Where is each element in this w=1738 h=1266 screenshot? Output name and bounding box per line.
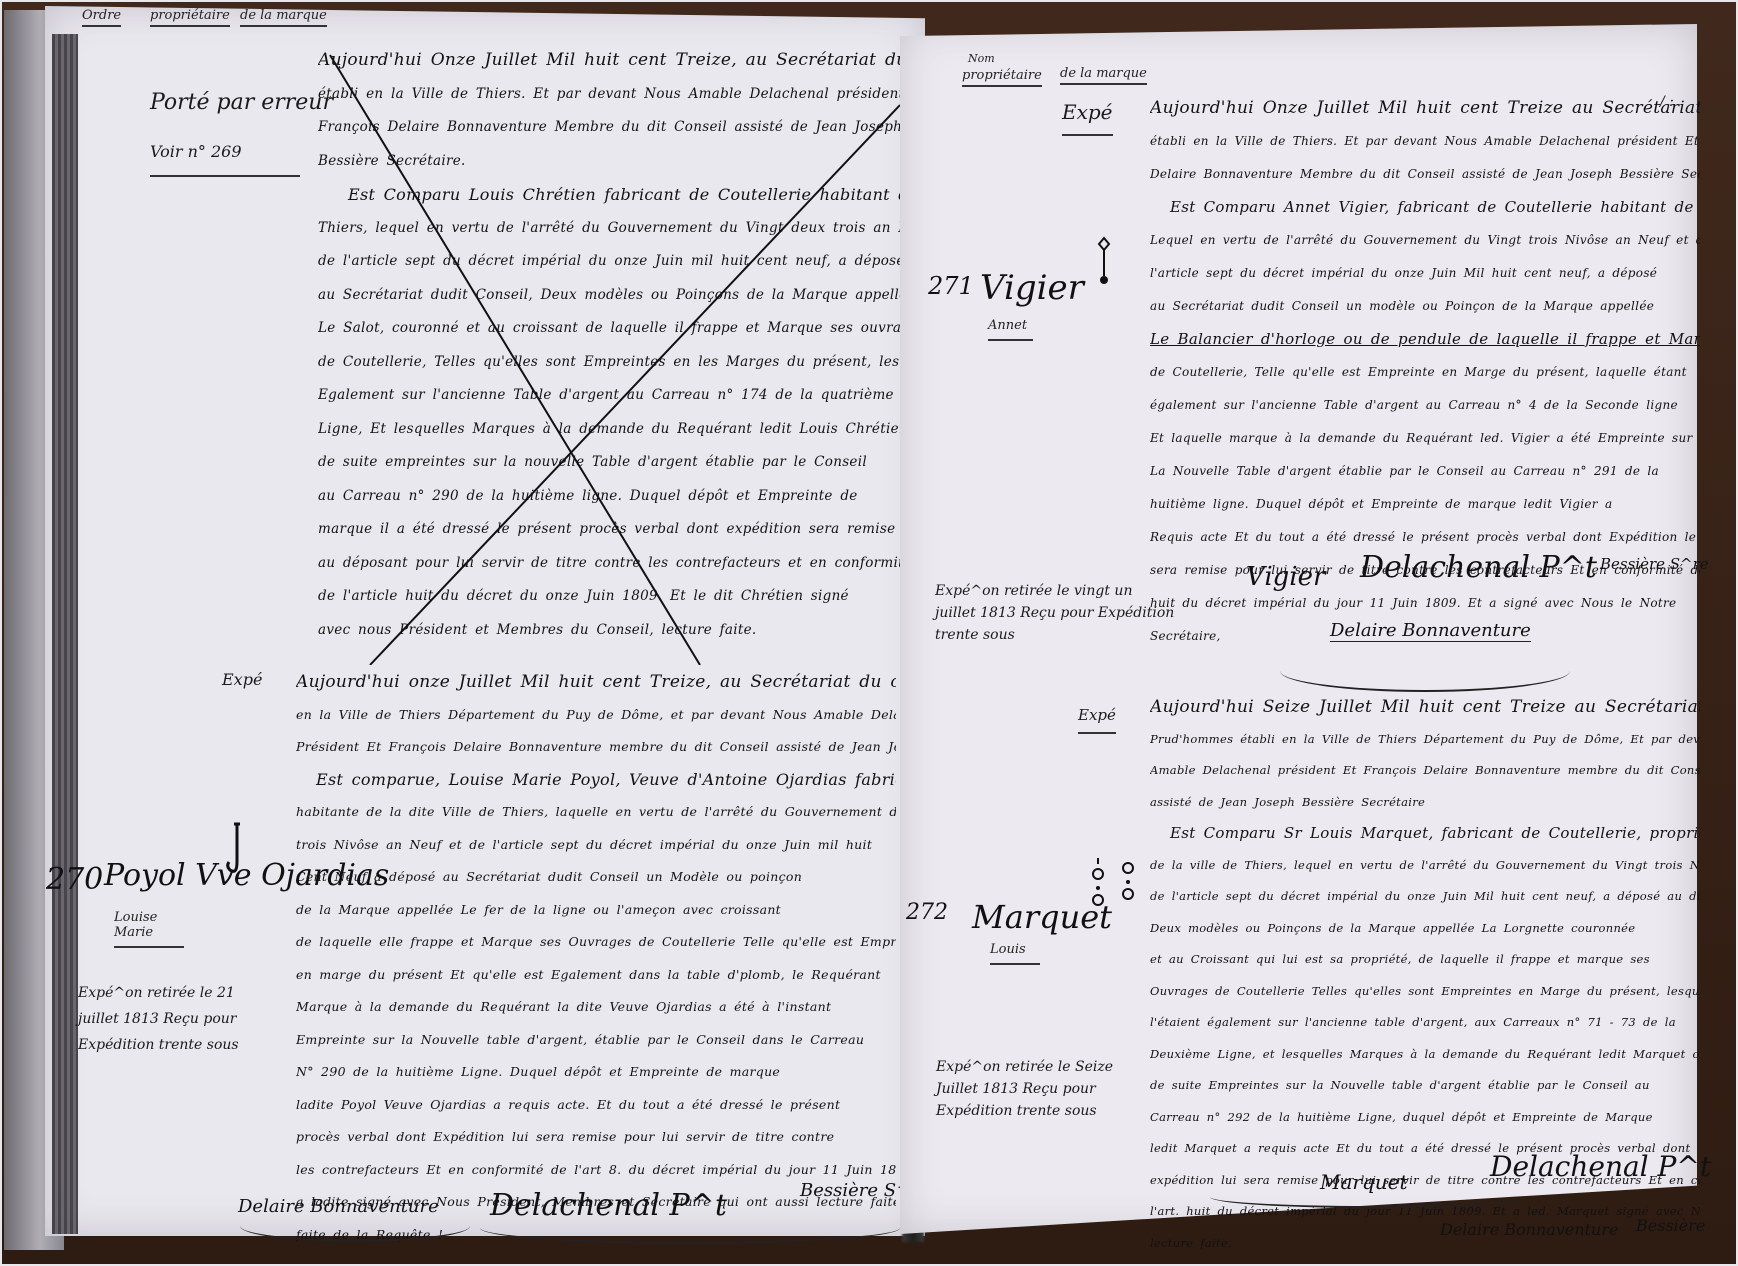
- text-line: Amable Delachenal président Et François …: [1150, 755, 1700, 787]
- entry-number-271: 271: [928, 272, 974, 300]
- signature-delachenal-271: Delachenal P^t: [1360, 550, 1597, 585]
- column-header-proprietaire-right: propriétaire: [962, 68, 1042, 87]
- column-header-proprietaire: propriétaire: [150, 8, 230, 27]
- text-line: Est Comparu Louis Chrétien fabricant de …: [318, 178, 908, 212]
- text-line: de suite empreintes sur la nouvelle Tabl…: [318, 446, 908, 480]
- entry-270-owner-given: Louise Marie: [114, 910, 184, 948]
- text-line: et au Croissant qui lui est sa propriété…: [1150, 944, 1700, 976]
- text-line: Aujourd'hui Onze Juillet Mil huit cent T…: [318, 44, 908, 78]
- text-line: en marge du présent Et qu'elle est Egale…: [296, 959, 896, 992]
- entry-272-owner: Marquet: [972, 898, 1112, 936]
- text-line: au Secrétariat dudit Conseil, Deux modèl…: [318, 279, 908, 313]
- text-line: Prud'hommes établi en la Ville de Thiers…: [1150, 724, 1700, 756]
- text-line: Le Salot, couronné et au croissant de la…: [318, 312, 908, 346]
- text-line: en la Ville de Thiers Département du Puy…: [296, 699, 896, 732]
- text-line: au Carreau n° 290 de la huitième ligne. …: [318, 480, 908, 514]
- text-line: de l'article sept du décret impérial du …: [1150, 881, 1700, 913]
- text-line: trois Nivôse an Neuf et de l'article sep…: [296, 829, 896, 862]
- text-line: Lequel en vertu de l'arrêté du Gouvernem…: [1150, 224, 1700, 257]
- text-line: Est comparue, Louise Marie Poyol, Veuve …: [296, 764, 896, 797]
- text-line: Aujourd'hui onze Juillet Mil huit cent T…: [296, 666, 896, 699]
- entry-number-270: 270: [46, 862, 103, 897]
- text-line: Aujourd'hui Onze Juillet Mil huit cent T…: [1150, 92, 1700, 125]
- text-line: La Nouvelle Table d'argent établie par l…: [1150, 455, 1700, 488]
- text-line: huitième ligne. Duquel dépôt et Empreint…: [1150, 488, 1700, 521]
- signature-flourish: [240, 1210, 470, 1242]
- text-line: de Coutellerie, Telles qu'elles sont Emp…: [318, 346, 908, 380]
- text-line: de l'article sept du décret impérial du …: [318, 245, 908, 279]
- signature-delaire-272: Delaire Bonnaventure: [1440, 1220, 1618, 1239]
- text-line: Egalement sur l'ancienne Table d'argent …: [318, 379, 908, 413]
- entry-number-272: 272: [906, 900, 948, 925]
- text-line: avec nous Président et Membres du Consei…: [318, 614, 908, 648]
- text-line: au déposant pour lui servir de titre con…: [318, 547, 908, 581]
- text-line: également sur l'ancienne Table d'argent …: [1150, 389, 1700, 422]
- signature-delaire-271: Delaire Bonnaventure: [1330, 620, 1531, 642]
- column-header-marque: de la marque: [240, 8, 327, 27]
- entry-271-expedition-mark: Expé: [1062, 100, 1113, 136]
- text-line: Marque à la demande du Requérant la dite…: [296, 991, 896, 1024]
- text-line: l'article sept du décret impérial du onz…: [1150, 257, 1700, 290]
- text-line: Ligne, Et lesquelles Marques à la demand…: [318, 413, 908, 447]
- text-line: l'étaient également sur l'ancienne table…: [1150, 1007, 1700, 1039]
- text-line: Empreinte sur la Nouvelle table d'argent…: [296, 1024, 896, 1057]
- text-line: Carreau n° 292 de la huitième Ligne, duq…: [1150, 1102, 1700, 1134]
- text-line: Deux modèles ou Poinçons de la Marque ap…: [1150, 913, 1700, 945]
- text-line: Deuxième Ligne, et lesquelles Marques à …: [1150, 1039, 1700, 1071]
- signature-flourish: [1280, 650, 1570, 692]
- text-line: de laquelle elle frappe et Marque ses Ou…: [296, 926, 896, 959]
- text-line: Le Balancier d'horloge ou de pendule de …: [1150, 323, 1700, 356]
- signature-vigier: Vigier: [1246, 562, 1325, 592]
- text-line: établi en la Ville de Thiers. Et par dev…: [318, 78, 908, 112]
- text-line: assisté de Jean Joseph Bessière Secrétai…: [1150, 787, 1700, 819]
- entry-272-expedition-note: Expé^on retirée le Seize Juillet 1813 Re…: [936, 1056, 1156, 1122]
- text-line: Thiers, lequel en vertu de l'arrêté du G…: [318, 212, 908, 246]
- text-line: Aujourd'hui Seize Juillet Mil huit cent …: [1150, 692, 1700, 724]
- text-line: marque il a été dressé le présent procès…: [318, 513, 908, 547]
- signature-bessiere-272: Bessière: [1636, 1216, 1705, 1235]
- text-line: Ouvrages de Coutellerie Telles qu'elles …: [1150, 976, 1700, 1008]
- text-line: de la Marque appellée Le fer de la ligne…: [296, 894, 896, 927]
- text-line: au Secrétariat dudit Conseil un modèle o…: [1150, 290, 1700, 323]
- cancelled-entry-text: Aujourd'hui Onze Juillet Mil huit cent T…: [318, 44, 908, 647]
- signature-delachenal-272: Delachenal P^t: [1490, 1150, 1711, 1183]
- text-line: Bessière Secrétaire.: [318, 145, 908, 179]
- cancelled-margin-ref: Voir n° 269: [150, 142, 300, 177]
- text-line: Président Et François Delaire Bonnaventu…: [296, 731, 896, 764]
- text-line: habitante de la dite Ville de Thiers, la…: [296, 796, 896, 829]
- text-line: Delaire Bonnaventure Membre du dit Conse…: [1150, 158, 1700, 191]
- column-header-nom: Nom: [968, 52, 995, 67]
- entry-270-text: Aujourd'hui onze Juillet Mil huit cent T…: [296, 666, 896, 1251]
- entry-272-expedition-mark: Expé: [1078, 706, 1116, 734]
- entry-271-expedition-note: Expé^on retirée le vingt un juillet 1813…: [935, 580, 1175, 646]
- signature-flourish: [1210, 1186, 1530, 1208]
- text-line: de Coutellerie, Telle qu'elle est Emprei…: [1150, 356, 1700, 389]
- text-line: établi en la Ville de Thiers. Et par dev…: [1150, 125, 1700, 158]
- text-line: procès verbal dont Expédition lui sera r…: [296, 1121, 896, 1154]
- column-header-ordre: Ordre: [82, 8, 121, 27]
- cancelled-margin-note: Porté par erreur: [150, 90, 333, 115]
- left-binding-edge: [52, 34, 78, 1234]
- text-line: Cent Neuf a déposé au Secrétariat dudit …: [296, 861, 896, 894]
- text-line: N° 290 de la huitième Ligne. Duquel dépô…: [296, 1056, 896, 1089]
- text-line: de suite Empreintes sur la Nouvelle tabl…: [1150, 1070, 1700, 1102]
- text-line: Est Comparu Annet Vigier, fabricant de C…: [1150, 191, 1700, 224]
- text-line: de la ville de Thiers, lequel en vertu d…: [1150, 850, 1700, 882]
- text-line: de l'article huit du décret du onze Juin…: [318, 580, 908, 614]
- column-header-marque-right: de la marque: [1060, 66, 1147, 85]
- text-line: Et laquelle marque à la demande du Requé…: [1150, 422, 1700, 455]
- text-line: huit du décret impérial du jour 11 Juin …: [1150, 587, 1700, 620]
- entry-271-owner-given: Annet: [988, 318, 1033, 341]
- pendulum-mark-icon: [1094, 236, 1114, 286]
- entry-270-expedition-note: Expé^on retirée le 21 juillet 1813 Reçu …: [78, 980, 248, 1058]
- entry-271-owner: Vigier: [980, 268, 1084, 308]
- text-line: François Delaire Bonnaventure Membre du …: [318, 111, 908, 145]
- text-line: Est Comparu Sr Louis Marquet, fabricant …: [1150, 818, 1700, 850]
- text-line: ladite Poyol Veuve Ojardias a requis act…: [296, 1089, 896, 1122]
- entry-270-expedition-mark: Expé: [222, 670, 262, 689]
- entry-272-owner-given: Louis: [990, 942, 1040, 965]
- signature-flourish: [480, 1212, 900, 1244]
- signature-bessiere-271: Bessière S^re: [1600, 555, 1709, 573]
